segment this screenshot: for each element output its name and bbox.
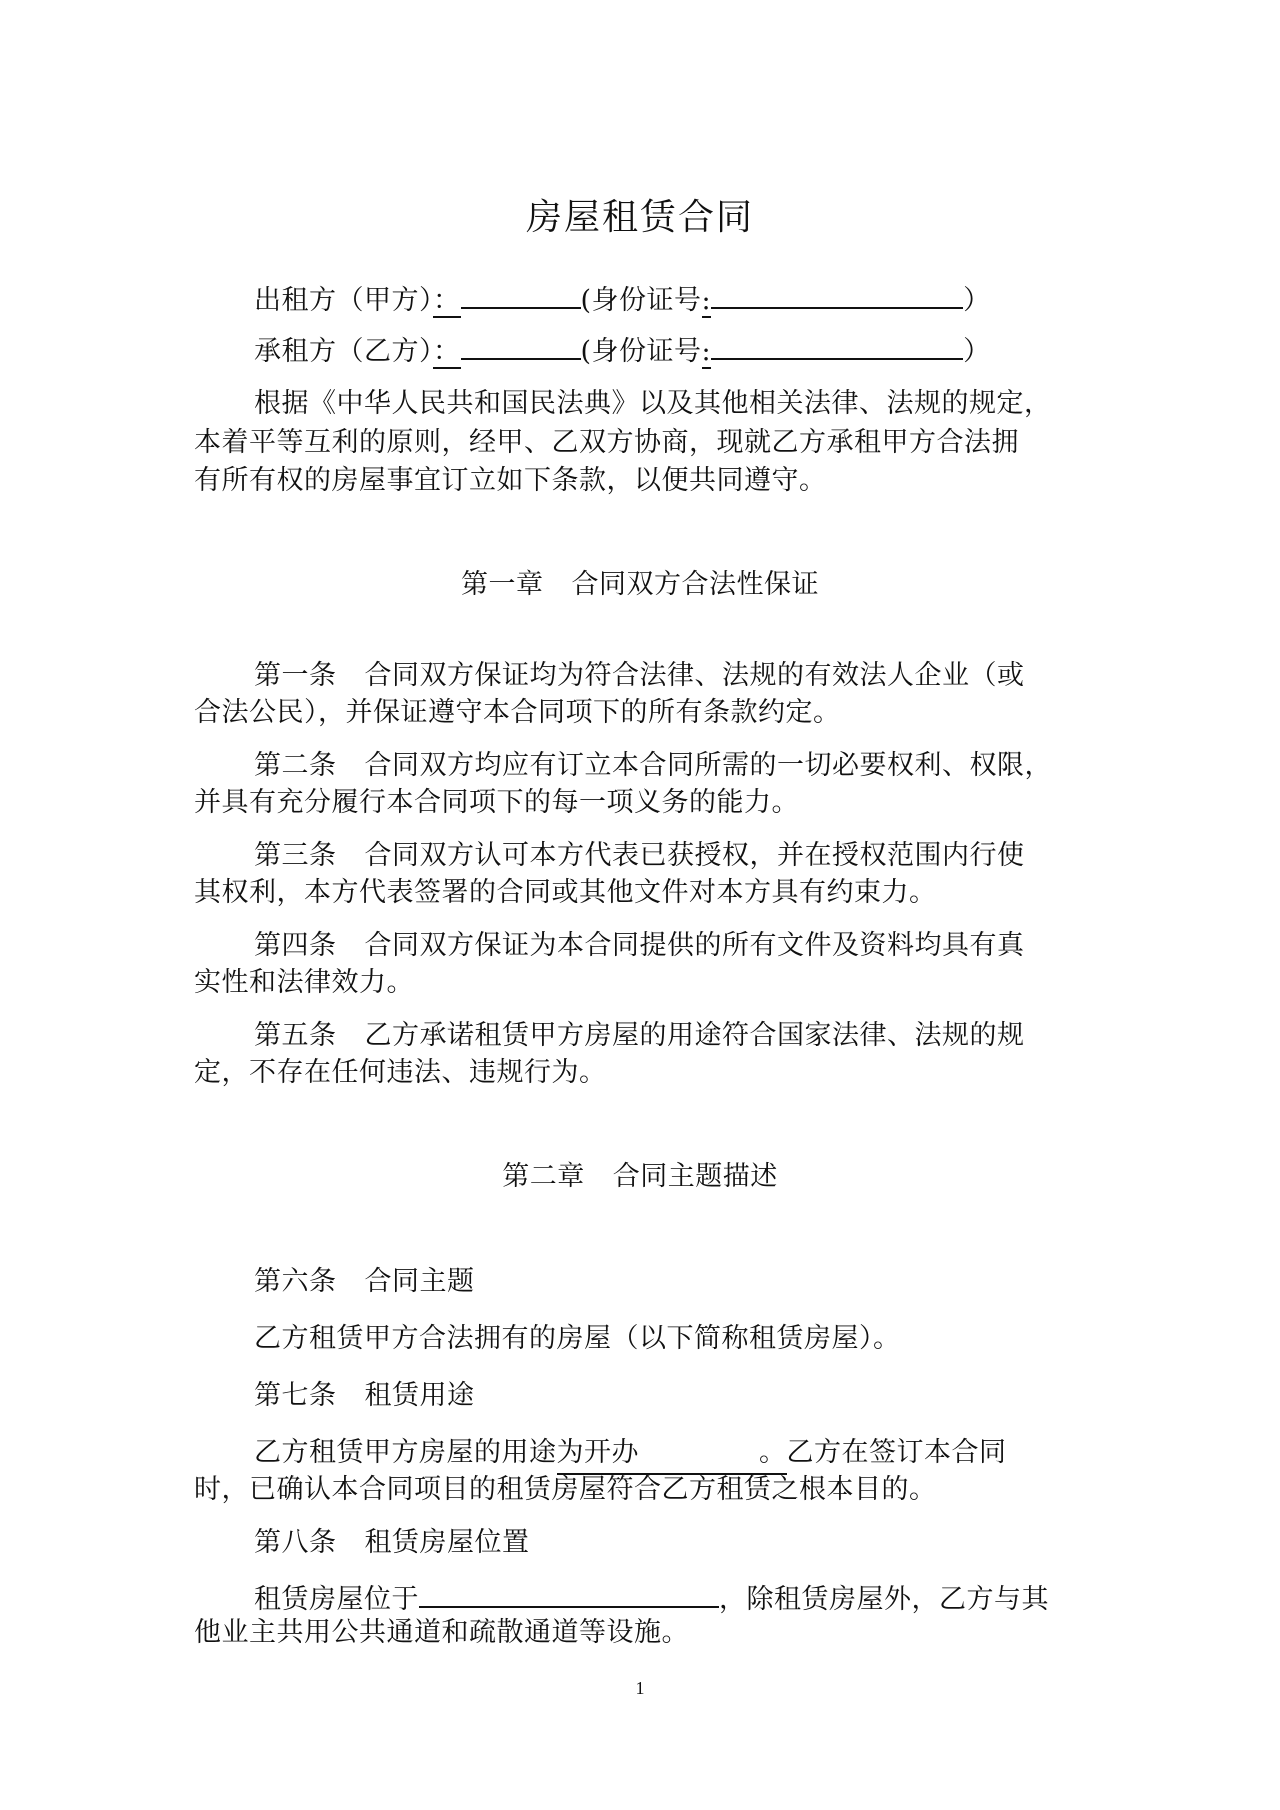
preamble-line-3: 有所有权的房屋事宜订立如下条款，以便共同遵守。 bbox=[194, 461, 827, 501]
lessor-name-field[interactable] bbox=[461, 277, 581, 309]
article-5-line-2: 定，不存在任何违法、违规行为。 bbox=[194, 1053, 607, 1093]
chapter-2-heading: 第二章合同主题描述 bbox=[0, 1157, 1280, 1197]
lessor-id-colon: : bbox=[702, 285, 712, 318]
document-page: 房屋租赁合同 出租方（甲方）：(身份证号:） 承租方（乙方）：(身份证号:） 根… bbox=[0, 0, 1280, 1810]
chapter-1-title: 合同双方合法性保证 bbox=[572, 569, 820, 600]
lessor-label: 出租方（甲方） bbox=[254, 285, 433, 316]
article-6-number: 第六条 bbox=[254, 1266, 337, 1297]
article-1-text: 合同双方保证均为符合法律、法规的有效法人企业（或 bbox=[365, 660, 1025, 691]
article-7-suffix: 乙方在签订本合同 bbox=[787, 1437, 1007, 1468]
preamble-line-1: 根据《中华人民共和国民法典》以及其他相关法律、法规的规定， bbox=[254, 384, 1052, 424]
lessee-id-label: (身份证号 bbox=[581, 336, 702, 367]
article-4-line-1: 第四条合同双方保证为本合同提供的所有文件及资料均具有真 bbox=[254, 926, 1025, 966]
article-7-title: 租赁用途 bbox=[365, 1380, 475, 1411]
purpose-field-period: 。 bbox=[759, 1437, 787, 1468]
article-2-line-1: 第二条合同双方均应有订立本合同所需的一切必要权利、权限， bbox=[254, 746, 1052, 786]
article-1-line-1: 第一条合同双方保证均为符合法律、法规的有效法人企业（或 bbox=[254, 656, 1025, 696]
chapter-2-title: 合同主题描述 bbox=[613, 1161, 778, 1192]
article-5-number: 第五条 bbox=[254, 1020, 337, 1051]
lessee-colon: ： bbox=[433, 336, 461, 369]
article-8-suffix: ，除租赁房屋外，乙方与其 bbox=[719, 1584, 1049, 1615]
page-number: 1 bbox=[0, 1678, 1280, 1699]
article-5-line-1: 第五条乙方承诺租赁甲方房屋的用途符合国家法律、法规的规 bbox=[254, 1016, 1025, 1056]
chapter-1-heading: 第一章合同双方合法性保证 bbox=[0, 565, 1280, 605]
article-7-heading: 第七条租赁用途 bbox=[254, 1376, 475, 1416]
article-7-line-1: 乙方租赁甲方房屋的用途为开办。乙方在签订本合同 bbox=[254, 1433, 1007, 1475]
article-1-line-2: 合法公民），并保证遵守本合同项下的所有条款约定。 bbox=[194, 693, 841, 733]
article-7-number: 第七条 bbox=[254, 1380, 337, 1411]
document-title: 房屋租赁合同 bbox=[0, 195, 1280, 241]
purpose-field-text: 为开办 bbox=[557, 1437, 640, 1468]
article-5-text: 乙方承诺租赁甲方房屋的用途符合国家法律、法规的规 bbox=[365, 1020, 1025, 1051]
article-3-line-1: 第三条合同双方认可本方代表已获授权，并在授权范围内行使 bbox=[254, 836, 1025, 876]
article-7-prefix: 乙方租赁甲方房屋的用途 bbox=[254, 1437, 557, 1468]
chapter-1-number: 第一章 bbox=[461, 569, 544, 600]
article-8-line-2: 他业主共用公共通道和疏散通道等设施。 bbox=[194, 1613, 689, 1653]
article-8-prefix: 租赁房屋位于 bbox=[254, 1584, 419, 1615]
article-4-text: 合同双方保证为本合同提供的所有文件及资料均具有真 bbox=[365, 930, 1025, 961]
lessee-close-paren: ） bbox=[963, 336, 991, 367]
article-3-text: 合同双方认可本方代表已获授权，并在授权范围内行使 bbox=[365, 840, 1025, 871]
article-4-number: 第四条 bbox=[254, 930, 337, 961]
article-8-heading: 第八条租赁房屋位置 bbox=[254, 1523, 530, 1563]
lessor-close-paren: ） bbox=[963, 285, 991, 316]
article-4-line-2: 实性和法律效力。 bbox=[194, 963, 414, 1003]
chapter-2-number: 第二章 bbox=[502, 1161, 585, 1192]
lessor-id-label: (身份证号 bbox=[581, 285, 702, 316]
preamble-line-2: 本着平等互利的原则，经甲、乙双方协商，现就乙方承租甲方合法拥 bbox=[194, 423, 1019, 463]
article-8-number: 第八条 bbox=[254, 1527, 337, 1558]
article-1-number: 第一条 bbox=[254, 660, 337, 691]
article-6-title: 合同主题 bbox=[365, 1266, 475, 1297]
lessee-name-field[interactable] bbox=[461, 328, 581, 360]
article-8-title: 租赁房屋位置 bbox=[365, 1527, 530, 1558]
lessee-id-colon: : bbox=[702, 336, 712, 369]
article-2-line-2: 并具有充分履行本合同项下的每一项义务的能力。 bbox=[194, 783, 799, 823]
article-3-number: 第三条 bbox=[254, 840, 337, 871]
lessor-colon: ： bbox=[433, 285, 461, 318]
lessee-label: 承租方（乙方） bbox=[254, 336, 433, 367]
article-3-line-2: 其权利，本方代表签署的合同或其他文件对本方具有约束力。 bbox=[194, 873, 937, 913]
lessee-line: 承租方（乙方）：(身份证号:） bbox=[254, 328, 991, 372]
lessor-id-field[interactable] bbox=[711, 277, 963, 309]
lessor-line: 出租方（甲方）：(身份证号:） bbox=[254, 277, 991, 321]
lessee-id-field[interactable] bbox=[711, 328, 963, 360]
article-6-body: 乙方租赁甲方合法拥有的房屋（以下简称租赁房屋）。 bbox=[254, 1319, 901, 1359]
purpose-field[interactable]: 为开办。 bbox=[557, 1433, 787, 1475]
location-field[interactable] bbox=[419, 1576, 719, 1608]
article-7-line-2: 时，已确认本合同项目的租赁房屋符合乙方租赁之根本目的。 bbox=[194, 1470, 937, 1510]
article-2-number: 第二条 bbox=[254, 750, 337, 781]
article-6-heading: 第六条合同主题 bbox=[254, 1262, 475, 1302]
article-2-text: 合同双方均应有订立本合同所需的一切必要权利、权限， bbox=[365, 750, 1053, 781]
